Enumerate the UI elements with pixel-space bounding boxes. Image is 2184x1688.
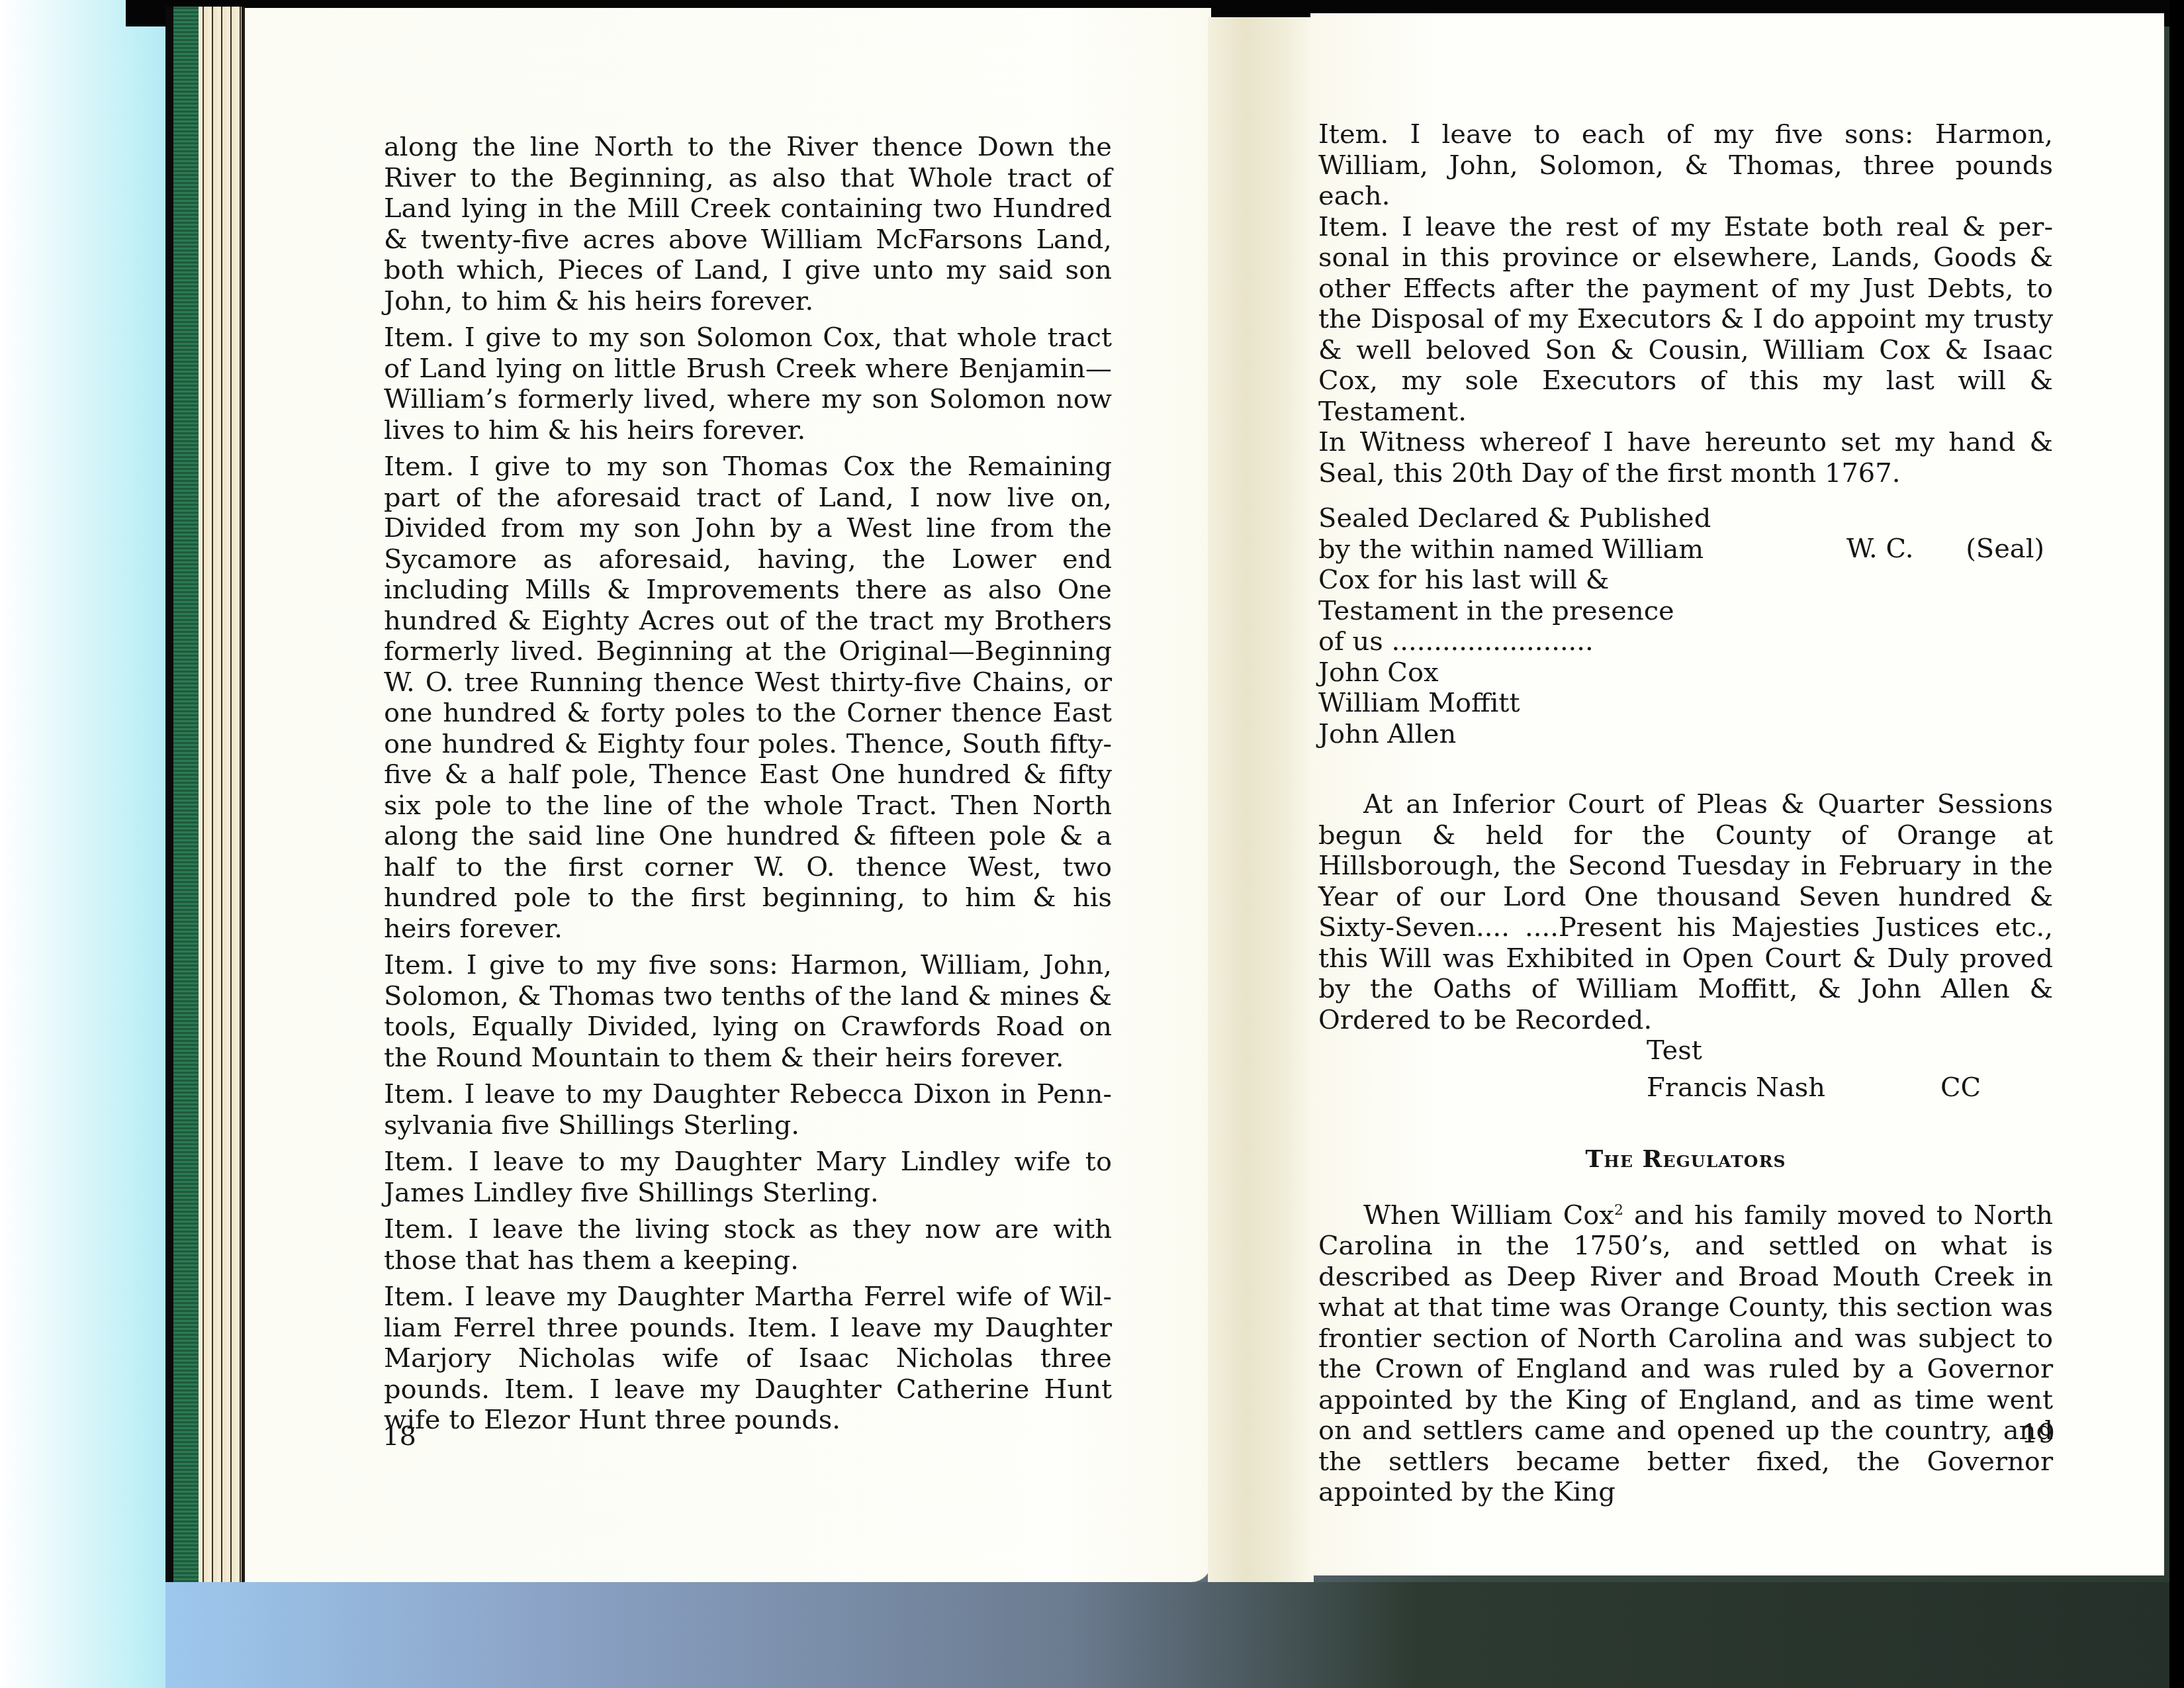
witness-name: William Moffitt: [1318, 688, 1715, 719]
court-record-paragraph: At an Inferior Court of Pleas & Quarter …: [1318, 789, 2053, 1035]
will-item-solomon: Item. I give to my son Solomon Cox, that…: [384, 322, 1112, 445]
signature-initials: W. C.: [1846, 534, 1913, 564]
witness-statement-line: by the within named William: [1318, 534, 1715, 565]
attestation-title: CC: [1940, 1072, 1981, 1103]
will-item-sons-pounds: Item. I leave to each of my five sons: H…: [1318, 119, 2053, 212]
right-page-body: Item. I leave to each of my five sons: H…: [1318, 119, 2053, 1508]
testator-signature: W. C. (Seal): [1846, 534, 2044, 565]
left-page-body: along the line North to the River thence…: [384, 132, 1112, 1442]
regulators-text-start: When William Cox: [1363, 1200, 1614, 1231]
will-item-mary: Item. I leave to my Daughter Mary Lindle…: [384, 1147, 1112, 1208]
scan-background-right: [2169, 0, 2184, 1688]
witness-name: John Cox: [1318, 657, 1715, 688]
scan-background-bottom: [165, 1582, 2184, 1688]
witness-statement: Sealed Declared & Published by the withi…: [1318, 503, 1715, 749]
witness-block: Sealed Declared & Published by the withi…: [1318, 503, 2053, 781]
page-edges: [199, 7, 245, 1582]
section-heading: The Regulators: [1318, 1144, 2053, 1175]
attestation-label: Test: [1647, 1035, 1702, 1066]
book-gutter: [1208, 17, 1314, 1582]
signature-seal: (Seal): [1966, 534, 2044, 564]
will-witness-clause: In Witness whereof I have hereunto set m…: [1318, 427, 2053, 489]
attestation: Test Francis Nash CC: [1318, 1035, 2053, 1109]
will-paragraph: along the line North to the River thence…: [384, 132, 1112, 316]
will-item-executors: Item. I leave the rest of my Estate both…: [1318, 212, 2053, 428]
right-page: Item. I leave to each of my five sons: H…: [1310, 13, 2164, 1575]
attestation-name: Francis Nash: [1647, 1072, 1825, 1103]
witness-statement-line: of us ........................: [1318, 626, 1715, 657]
witness-name: John Allen: [1318, 719, 1715, 750]
regulators-paragraph: When William Cox2 and his family moved t…: [1318, 1200, 2053, 1508]
witness-statement-line: Cox for his last will &: [1318, 565, 1715, 596]
will-item-five-sons-land: Item. I give to my five sons: Harmon, Wi…: [384, 950, 1112, 1073]
regulators-text-rest: and his family moved to North Carolina i…: [1318, 1200, 2053, 1508]
will-item-livestock: Item. I leave the living stock as they n…: [384, 1214, 1112, 1276]
page-number-left: 18: [383, 1421, 416, 1452]
witness-statement-line: Sealed Declared & Published: [1318, 503, 1715, 534]
left-page: along the line North to the River thence…: [245, 8, 1211, 1582]
footnote-reference[interactable]: 2: [1614, 1201, 1623, 1218]
will-item-thomas: Item. I give to my son Thomas Cox the Re…: [384, 451, 1112, 944]
page-number-right: 19: [2021, 1419, 2055, 1449]
witness-statement-line: Testament in the presence: [1318, 596, 1715, 627]
will-item-rebecca: Item. I leave to my Daughter Rebecca Dix…: [384, 1079, 1112, 1141]
will-item-daughters: Item. I leave my Daughter Martha Ferrel …: [384, 1282, 1112, 1436]
